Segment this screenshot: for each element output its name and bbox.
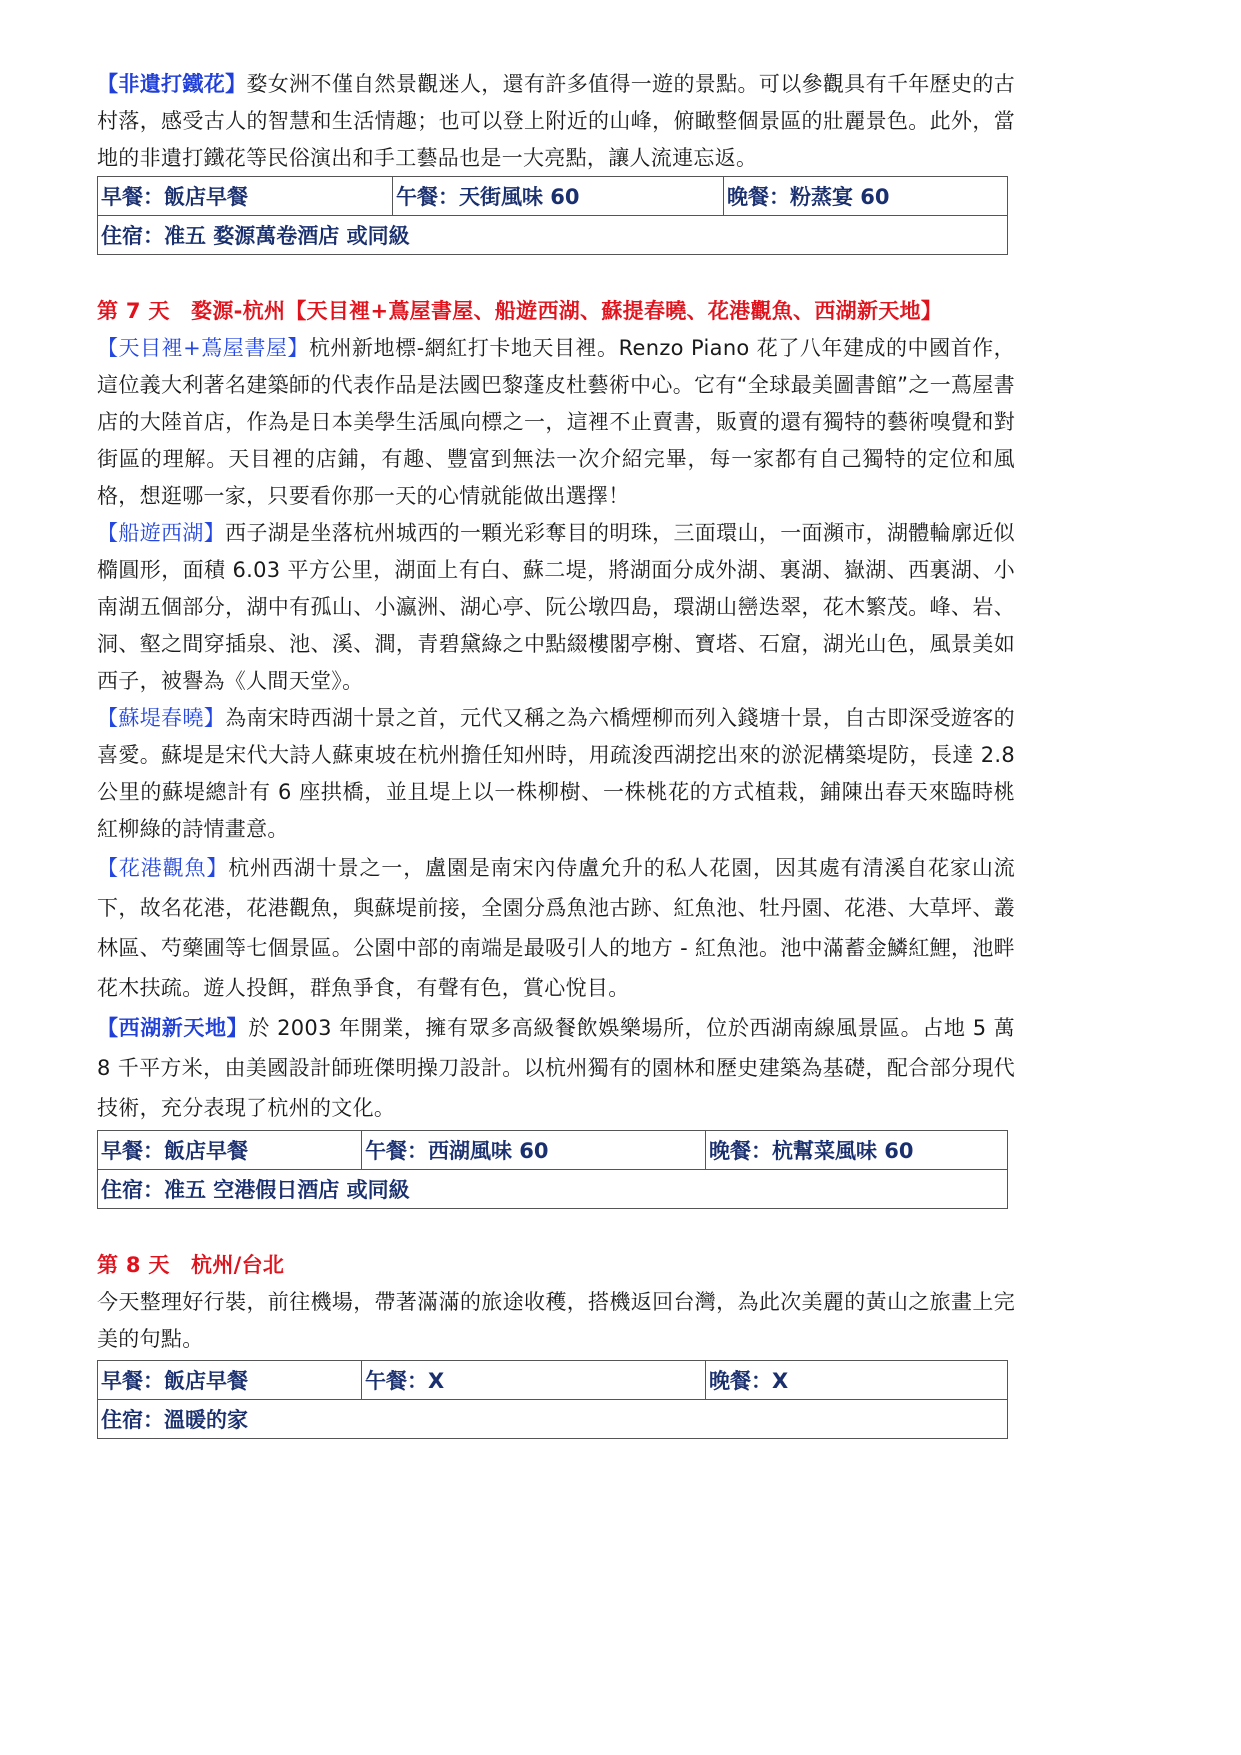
day8-title: 第 8 天 杭州/台北 — [97, 1247, 1015, 1284]
day7-title: 第 7 天 婺源-杭州【天目裡+蔦屋書屋、船遊西湖、蘇提春曉、花港觀魚、西湖新天… — [97, 293, 1015, 330]
section-tag: 【船遊西湖】 — [97, 521, 225, 545]
day8-paragraph: 今天整理好行裝，前往機場，帶著滿滿的旅途收穫，搭機返回台灣，為此次美麗的黃山之旅… — [97, 1284, 1015, 1358]
day7-section-xihu-tiandi: 【西湖新天地】於 2003 年開業，擁有眾多高級餐飲娛樂場所，位於西湖南線風景區… — [97, 1008, 1015, 1128]
section-text: 西子湖是坐落杭州城西的一顆光彩奪目的明珠，三面環山，一面瀕市，湖體輪廓近似橢圓形… — [97, 521, 1015, 693]
meal-table-day7: 早餐：飯店早餐 午餐：西湖風味 60 晚餐：杭幫菜風味 60 住宿：准五 空港假… — [97, 1130, 1008, 1209]
day7-section-west-lake-boat: 【船遊西湖】西子湖是坐落杭州城西的一顆光彩奪目的明珠，三面環山，一面瀕市，湖體輪… — [97, 515, 1015, 700]
breakfast-cell: 早餐：飯店早餐 — [98, 1131, 362, 1170]
section-tag: 【蘇堤春曉】 — [97, 706, 225, 730]
lunch-cell: 午餐：西湖風味 60 — [362, 1131, 706, 1170]
lodging-cell: 住宿：准五 空港假日酒店 或同級 — [98, 1170, 1008, 1209]
lunch-cell: 午餐：天街風味 60 — [393, 177, 724, 216]
section-text: 杭州西湖十景之一，盧園是南宋內侍盧允升的私人花園，因其處有清溪自花家山流下，故名… — [97, 856, 1015, 1000]
section-tag: 【天目裡+蔦屋書屋】 — [97, 336, 309, 360]
itinerary-page: 【非遺打鐵花】婺女洲不僅自然景觀迷人，還有許多值得一遊的景點。可以參觀具有千年歷… — [97, 66, 1015, 1439]
section-tag: 【西湖新天地】 — [97, 1016, 248, 1040]
meal-table-day6: 早餐：飯店早餐 午餐：天街風味 60 晚餐：粉蒸宴 60 住宿：准五 婺源萬卷酒… — [97, 176, 1008, 255]
section-text: 為南宋時西湖十景之首，元代又稱之為六橋煙柳而列入錢塘十景，自古即深受遊客的喜愛。… — [97, 706, 1015, 841]
dinner-cell: 晚餐：粉蒸宴 60 — [724, 177, 1008, 216]
lodging-cell: 住宿：溫暖的家 — [98, 1400, 1008, 1439]
lodging-cell: 住宿：准五 婺源萬卷酒店 或同級 — [98, 216, 1008, 255]
section-tag: 【花港觀魚】 — [97, 856, 228, 880]
breakfast-cell: 早餐：飯店早餐 — [98, 1361, 362, 1400]
section-tag: 【非遺打鐵花】 — [97, 72, 246, 96]
dinner-cell: 晚餐：杭幫菜風味 60 — [706, 1131, 1008, 1170]
dinner-cell: 晚餐：X — [706, 1361, 1008, 1400]
intro-paragraph: 【非遺打鐵花】婺女洲不僅自然景觀迷人，還有許多值得一遊的景點。可以參觀具有千年歷… — [97, 66, 1015, 177]
meal-table-day8: 早餐：飯店早餐 午餐：X 晚餐：X 住宿：溫暖的家 — [97, 1360, 1008, 1439]
day7-section-su-causeway: 【蘇堤春曉】為南宋時西湖十景之首，元代又稱之為六橋煙柳而列入錢塘十景，自古即深受… — [97, 700, 1015, 848]
lunch-cell: 午餐：X — [362, 1361, 706, 1400]
day7-section-flower-harbor: 【花港觀魚】杭州西湖十景之一，盧園是南宋內侍盧允升的私人花園，因其處有清溪自花家… — [97, 848, 1015, 1008]
section-text: 杭州新地標-網紅打卡地天目裡。Renzo Piano 花了八年建成的中國首作，這… — [97, 336, 1015, 508]
day7-section-tianmuli: 【天目裡+蔦屋書屋】杭州新地標-網紅打卡地天目裡。Renzo Piano 花了八… — [97, 330, 1015, 515]
breakfast-cell: 早餐：飯店早餐 — [98, 177, 393, 216]
